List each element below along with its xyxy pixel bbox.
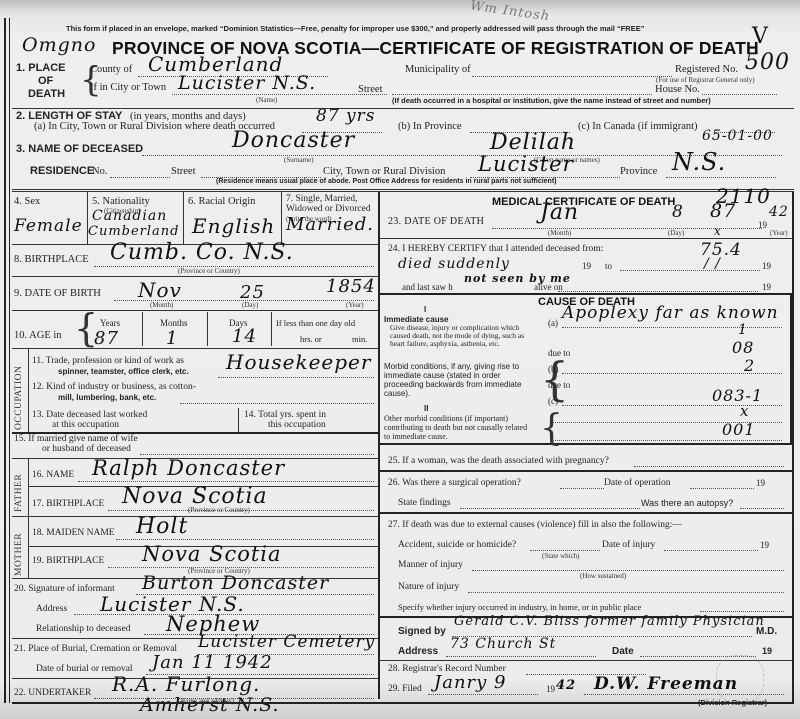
column-divider — [378, 192, 380, 699]
burial-date-value[interactable]: Jan 11 1942 — [152, 652, 273, 673]
registrar-line — [584, 694, 784, 695]
accident-label: Accident, suicide or homicide? — [398, 540, 516, 550]
code-1: 1 — [738, 322, 748, 338]
autopsy-label: Was there an autopsy? — [641, 498, 733, 508]
dob-day[interactable]: 25 — [240, 282, 265, 303]
total-yrs-label-2: this occupation — [268, 420, 326, 430]
cause-c-label: (c) — [548, 396, 558, 406]
certify-value[interactable]: died suddenly — [398, 256, 510, 272]
operation-date-line — [690, 488, 754, 489]
nationality-label: 5. Nationality — [92, 196, 150, 207]
maiden-name-label: 18. MAIDEN NAME — [32, 528, 115, 538]
death-year-prefix: 19 — [758, 220, 767, 230]
hrs-label: hrs. or — [300, 334, 322, 344]
signed-by-value[interactable]: Gerald C.V. Bliss former family Physicia… — [454, 614, 765, 629]
residence-city-label: City, Town or Rural Division — [323, 166, 445, 177]
mailing-notice: This form if placed in an envelope, mark… — [66, 24, 644, 33]
mother-birthplace-label: 19. BIRTHPLACE — [32, 556, 104, 566]
relationship-label: Relationship to deceased — [36, 624, 130, 634]
alive-nineteen: 19 — [762, 282, 771, 292]
brace: { — [540, 408, 563, 449]
box-divider — [271, 312, 272, 346]
nature-line — [468, 592, 784, 593]
day-caption: (Day) — [242, 301, 258, 309]
in-city-value[interactable]: 87 yrs — [316, 106, 376, 126]
divider — [378, 470, 792, 472]
father-name-label: 16. NAME — [32, 470, 74, 480]
signature-year-prefix: 19 — [762, 646, 772, 656]
age-label: 10. AGE in — [14, 330, 62, 341]
operation-year-prefix: 19 — [756, 478, 765, 488]
margin-note-top: Wm Intosh — [469, 0, 551, 25]
medical-title: MEDICAL CERTIFICATE OF DEATH — [492, 196, 675, 208]
maiden-name-value[interactable]: Holt — [136, 514, 188, 539]
residence-no-line — [110, 177, 170, 178]
undertaker-address-value[interactable]: Amherst N.S. — [140, 694, 280, 716]
industry-label: 12. Kind of industry or business, as cot… — [32, 382, 196, 392]
immediate-heading: I — [424, 305, 426, 314]
month-caption: (Month) — [150, 301, 173, 309]
certify-code-2: / / — [704, 256, 721, 272]
province-label: Province — [620, 166, 657, 177]
how-sustained-caption: (How sustained) — [580, 572, 626, 580]
industry-line — [180, 403, 374, 404]
age-months-label: Months — [160, 318, 188, 328]
right-border — [792, 192, 794, 702]
house-no-label: House No. — [655, 84, 700, 95]
sex-label: 4. Sex — [14, 196, 40, 207]
injury-year-prefix: 19 — [760, 540, 769, 550]
name-caption: (Name) — [256, 96, 277, 104]
injury-date-line — [664, 550, 758, 551]
section-divider — [12, 189, 794, 192]
hospital-note: (If death occurred in a hospital or inst… — [392, 96, 711, 105]
box-divider — [207, 312, 208, 346]
operation-date-label: Date of operation — [604, 478, 670, 488]
age-years-label: Years — [100, 318, 120, 328]
accident-line — [530, 550, 600, 551]
physician-address-value[interactable]: 73 Church St — [450, 636, 556, 652]
last-worked-label: 13. Date deceased last worked — [32, 410, 147, 420]
box-divider — [281, 192, 282, 244]
filed-label: 29. Filed — [388, 684, 422, 694]
mother-birthplace-value[interactable]: Nova Scotia — [142, 542, 282, 566]
undertaker-label: 22. UNDERTAKER — [14, 688, 91, 698]
divider — [12, 310, 378, 311]
death-year-caption: (Year) — [770, 229, 788, 237]
province-value[interactable]: N.S. — [672, 148, 726, 176]
registrar-note: (For use of Registrar General only) — [656, 76, 755, 84]
dob-year[interactable]: 1854 — [326, 276, 376, 297]
dob-month[interactable]: Nov — [138, 278, 182, 302]
house-no-line — [702, 94, 777, 95]
trade-label-2: spinner, teamster, office clerk, etc. — [58, 367, 189, 376]
certify-to-label: to — [605, 261, 612, 271]
external-causes-label: 27. If death was due to external causes … — [388, 520, 682, 530]
manner-line — [472, 570, 784, 571]
death-month[interactable]: Jan — [540, 200, 579, 225]
city-label: If in City or Town — [90, 82, 166, 93]
age-days[interactable]: 14 — [232, 326, 257, 347]
spouse-label-2: or husband of deceased — [42, 444, 131, 454]
cause-a-value[interactable]: Apoplexy far as known — [562, 303, 779, 323]
province-line — [666, 177, 776, 178]
year-caption: (Year) — [346, 301, 364, 309]
morbid-label: Morbid conditions, if any, giving rise t… — [384, 362, 530, 398]
certify-nineteen: 19 — [582, 261, 591, 271]
injury-date-label: Date of injury — [602, 540, 655, 550]
last-worked-label-2: at this occupation — [52, 420, 119, 430]
father-name-line — [78, 481, 374, 482]
manner-label: Manner of injury — [398, 560, 463, 570]
spouse-label: 15. If married give name of wife — [14, 434, 138, 444]
alive-on-line — [558, 291, 758, 292]
residence-no-label: No. — [92, 166, 107, 177]
registered-no-label: Registered No. — [675, 64, 738, 75]
residence-label: RESIDENCE — [30, 165, 94, 177]
state-which-caption: (State which) — [542, 552, 580, 560]
last-saw-label: and last saw h — [402, 282, 453, 292]
autopsy-line — [740, 508, 784, 509]
nationality-value-2[interactable]: Cumberland — [88, 224, 179, 239]
age-years[interactable]: 87 — [94, 328, 119, 349]
box-divider — [238, 408, 239, 432]
registered-no-value[interactable]: 500 — [745, 50, 790, 75]
death-year[interactable]: 42 — [769, 204, 789, 220]
side-divider — [28, 348, 29, 432]
code-2: 08 — [732, 338, 754, 357]
divider — [12, 348, 378, 349]
place-of-death-label: 1. PLACE OF DEATH — [16, 62, 66, 101]
specify-line — [700, 611, 784, 612]
signature-date-label: Date — [612, 646, 634, 657]
less-than-day-label: If less than one day old — [276, 318, 355, 328]
signed-by-label: Signed by — [398, 626, 446, 637]
deceased-code: 65-01-00 — [702, 128, 773, 144]
min-label: min. — [352, 334, 367, 344]
mark-x: x — [714, 224, 722, 238]
surgery-label: 26. Was there a surgical operation? — [388, 478, 521, 488]
registrar-signature[interactable]: D.W. Freeman — [594, 674, 738, 694]
death-month-caption: (Month) — [548, 229, 571, 237]
residence-city-value[interactable]: Lucister — [478, 152, 574, 176]
total-yrs-label: 14. Total yrs. spent in — [244, 410, 326, 420]
city-value[interactable]: Lucister N.S. — [178, 72, 316, 94]
nationality-value[interactable]: Canadian — [92, 208, 167, 224]
racial-origin-label: 6. Racial Origin — [188, 196, 255, 207]
informant-signature-value[interactable]: Burton Doncaster — [142, 572, 329, 594]
trade-value[interactable]: Housekeeper — [226, 350, 371, 374]
code-4: 083-1 — [712, 386, 763, 405]
date-of-death-label: 23. DATE OF DEATH — [388, 216, 484, 227]
bottom-border — [12, 702, 378, 704]
residence-note: (Residence means usual place of abode. P… — [216, 178, 557, 185]
street-line — [392, 94, 652, 95]
left-border — [4, 18, 10, 703]
physician-address-line — [446, 656, 596, 657]
md-label: M.D. — [756, 626, 777, 637]
undertaker-value[interactable]: R.A. Furlong. — [112, 672, 260, 696]
surgery-line — [560, 488, 604, 489]
burial-place-value[interactable]: Lucister Cemetery — [198, 632, 375, 652]
cause-a-label: (a) — [548, 318, 558, 328]
father-birthplace-caption: (Province or Country) — [188, 506, 250, 514]
certify-to-line — [620, 270, 760, 271]
municipality-line — [472, 76, 672, 77]
other-heading: II — [424, 404, 428, 413]
birthplace-caption: (Province or Country) — [178, 267, 240, 275]
racial-origin-value[interactable]: English — [192, 214, 275, 238]
deceased-name-label: 3. NAME OF DECEASED — [16, 143, 143, 155]
pregnancy-label: 25. If a woman, was the death associated… — [388, 456, 609, 466]
pregnancy-line — [634, 466, 784, 467]
maiden-name-line — [116, 539, 374, 540]
trade-label: 11. Trade, profession or kind of work as — [32, 356, 184, 366]
code-3: 2 — [744, 356, 755, 375]
side-divider — [28, 516, 29, 578]
surname-caption: (Surname) — [284, 156, 314, 164]
father-name-value[interactable]: Ralph Doncaster — [92, 456, 285, 480]
age-months[interactable]: 1 — [166, 328, 178, 349]
death-code: 87 — [710, 200, 736, 222]
city-line — [172, 94, 387, 95]
box-divider — [142, 312, 143, 346]
divider — [12, 276, 378, 277]
death-day[interactable]: 8 — [672, 202, 684, 222]
cause-b-label: (b) — [548, 364, 559, 374]
certify-nineteen-2: 19 — [762, 261, 771, 271]
marital-value[interactable]: Married. — [286, 214, 374, 235]
birthplace-value[interactable]: Cumb. Co. N.S. — [110, 240, 294, 265]
in-province-label: (b) In Province — [398, 121, 462, 132]
mother-side-label: MOTHER — [14, 520, 24, 576]
other-morbid-label: Other morbid conditions (if important) c… — [384, 414, 532, 441]
filed-year[interactable]: 42 — [556, 678, 576, 693]
findings-label: State findings — [398, 498, 451, 508]
sex-value[interactable]: Female — [14, 216, 83, 236]
father-side-label: FATHER — [14, 462, 24, 512]
findings-line — [460, 508, 640, 509]
box-divider — [183, 192, 184, 244]
code-6: 001 — [722, 420, 756, 439]
surname-value[interactable]: Doncaster — [232, 128, 355, 153]
informant-address-label: Address — [36, 604, 67, 614]
spouse-line — [140, 454, 374, 455]
divider — [12, 108, 794, 109]
divider — [12, 516, 378, 517]
divider — [378, 238, 792, 239]
physician-address-label: Address — [398, 646, 438, 657]
specify-label: Specify whether injury occurred in indus… — [398, 602, 641, 612]
divider — [378, 512, 792, 514]
filed-line — [428, 694, 538, 695]
certify-label: 24. I HEREBY CERTIFY that I attended dec… — [388, 244, 603, 254]
father-birthplace-label: 17. BIRTHPLACE — [32, 499, 104, 509]
bottom-border — [378, 702, 794, 704]
death-day-caption: (Day) — [668, 229, 684, 237]
margin-note-left: Omgno — [22, 34, 96, 56]
filed-value[interactable]: Janry 9 — [434, 672, 507, 693]
trade-line — [218, 377, 374, 378]
municipality-label: Municipality of — [405, 64, 471, 75]
immediate-desc: Give disease, injury or complication whi… — [390, 324, 530, 348]
birthplace-label: 8. BIRTHPLACE — [14, 254, 89, 265]
county-label: County of — [90, 64, 132, 75]
code-5: x — [740, 402, 749, 420]
occupation-side-label: OCCUPATION — [14, 352, 24, 430]
death-certificate: Wm Intosh V This form if placed in an en… — [0, 0, 800, 719]
filed-year-prefix: 19 — [546, 684, 555, 694]
industry-label-2: mill, lumbering, bank, etc. — [58, 393, 156, 402]
in-canada-label: (c) In Canada (if immigrant) — [578, 121, 698, 132]
other-line-2 — [552, 440, 782, 441]
street-label: Street — [358, 84, 383, 95]
due-to-label-2: due to — [548, 380, 570, 390]
side-divider — [28, 458, 29, 516]
dob-label: 9. DATE OF BIRTH — [14, 288, 101, 299]
nature-label: Nature of injury — [398, 582, 459, 592]
cause-a-line — [562, 327, 782, 328]
residence-street-label: Street — [171, 166, 196, 177]
